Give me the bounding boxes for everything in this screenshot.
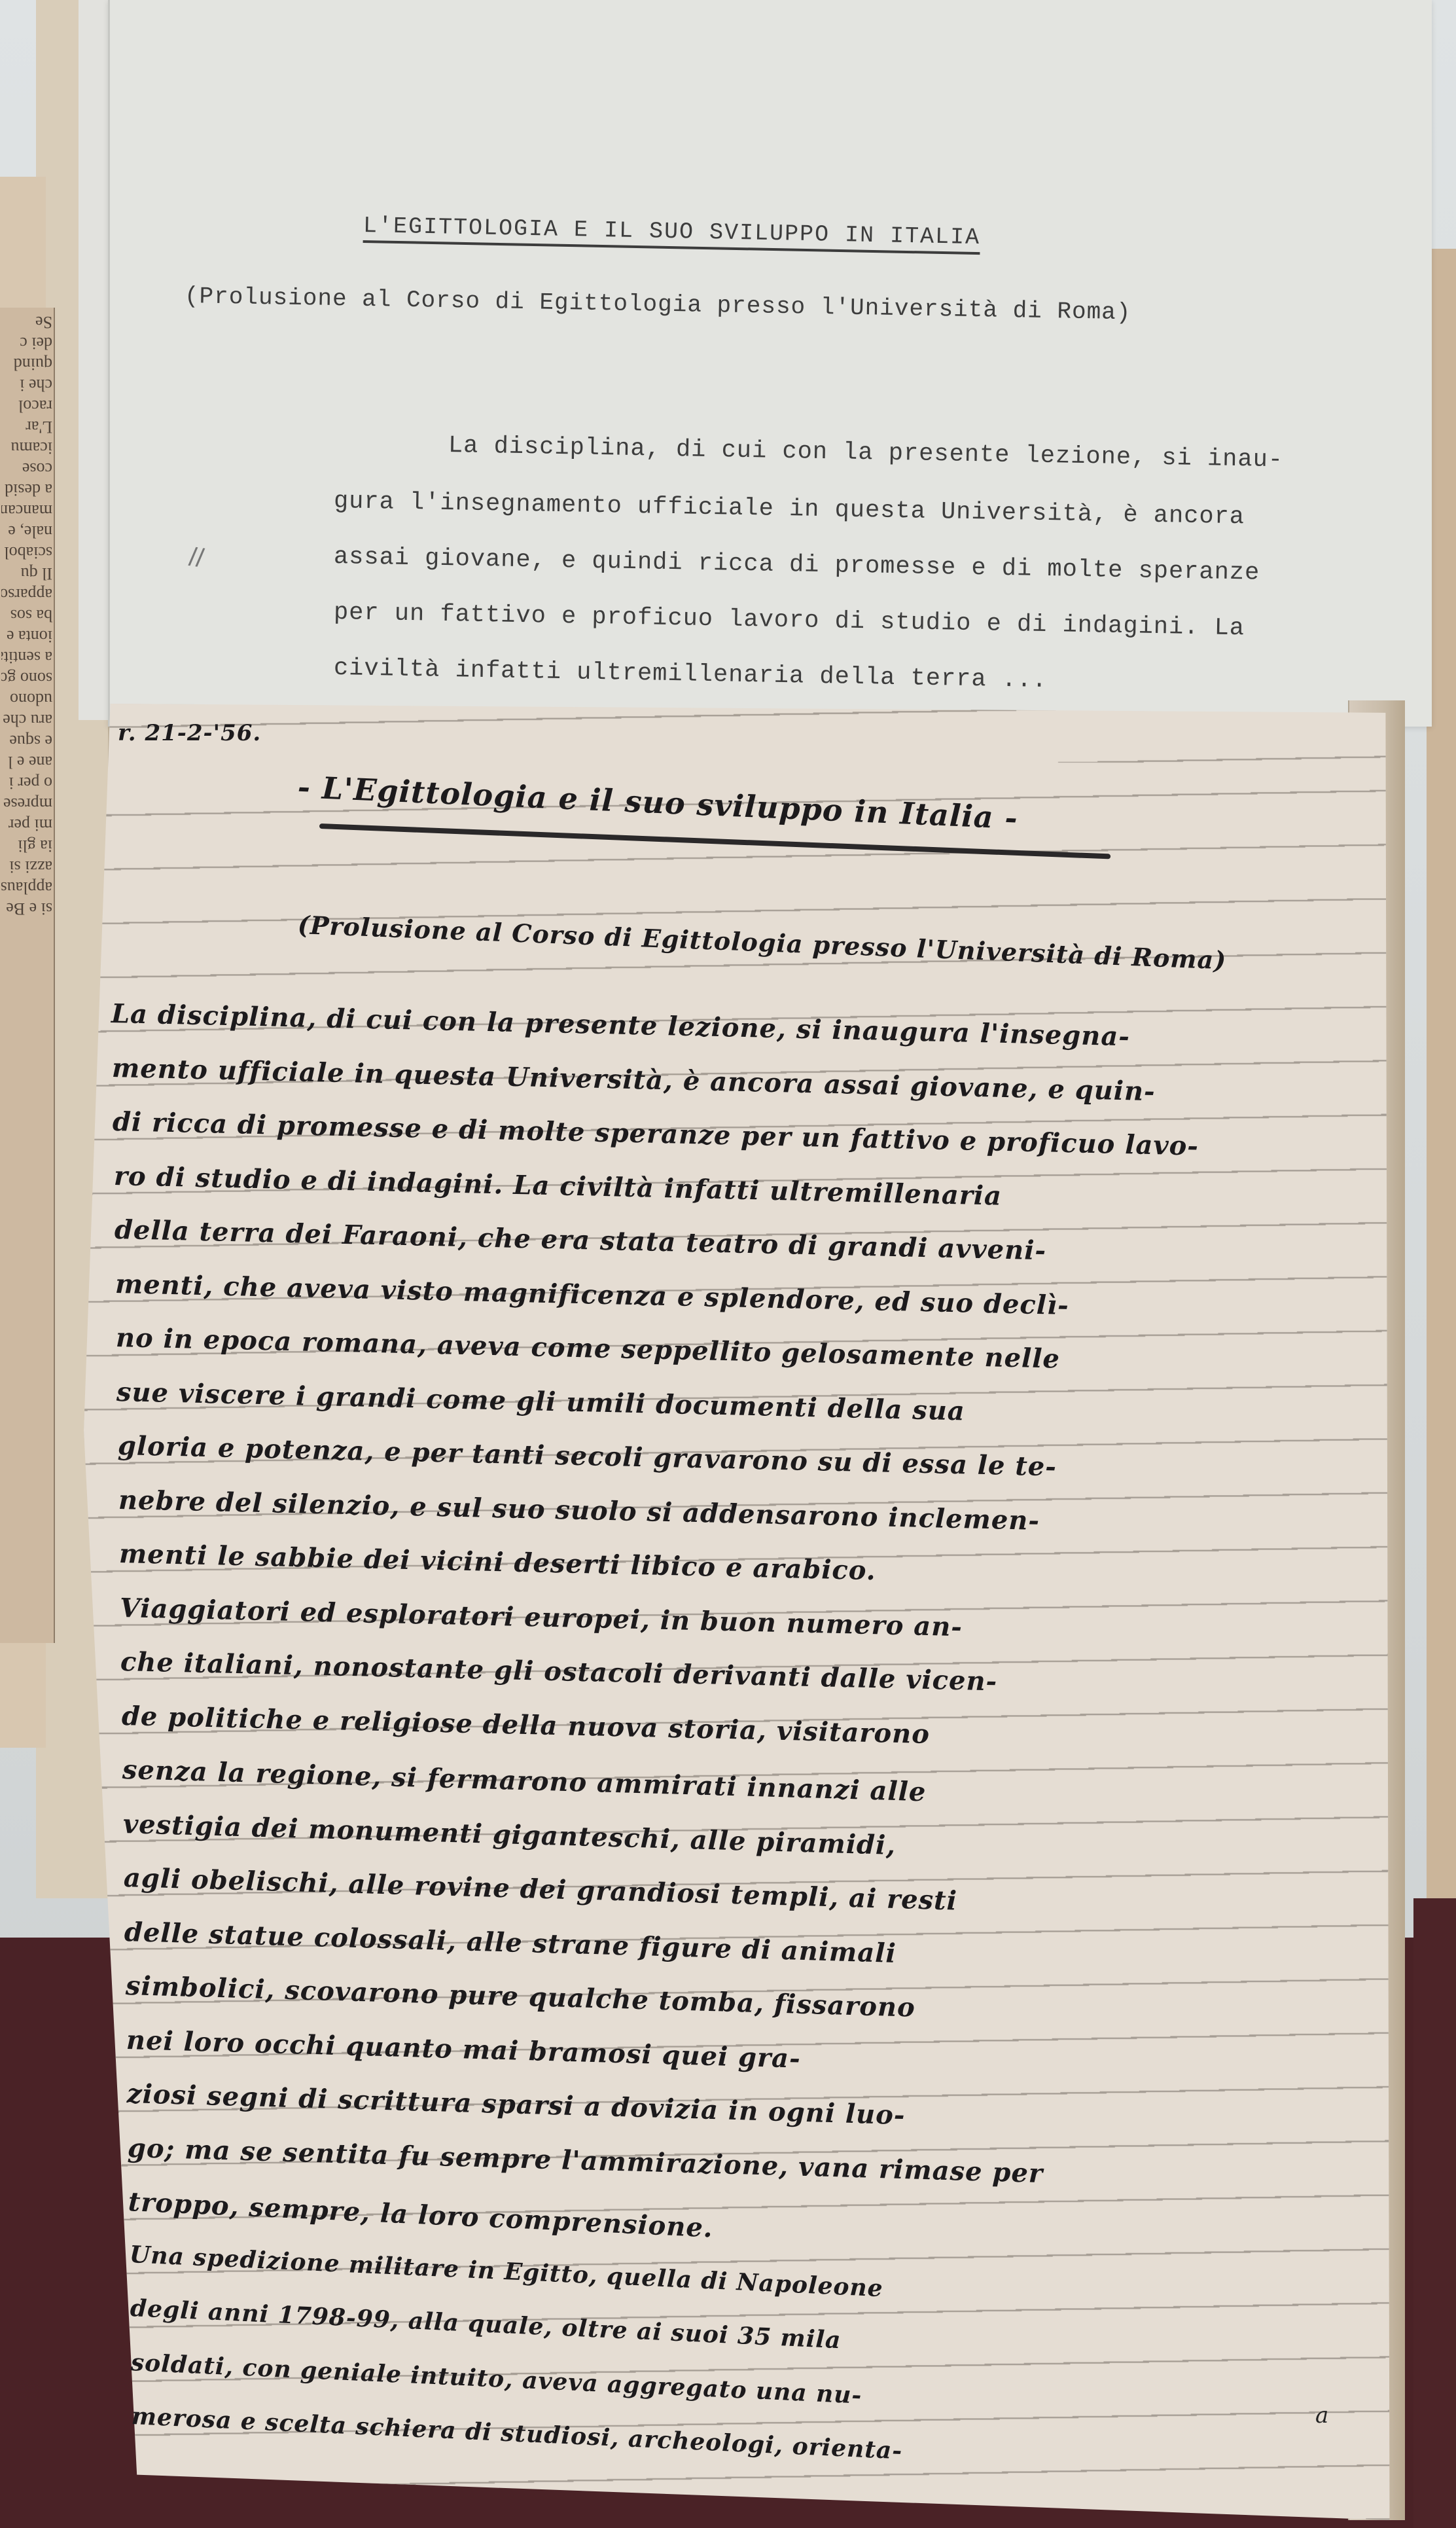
newspaper-clipping: si e Beapplausazzi siia glimi permpreseo… [0, 308, 55, 1643]
clipping-fragment: mi per [1, 814, 52, 835]
clipping-fragment: cose [1, 458, 52, 479]
clipping-text: si e Beapplausazzi siia glimi permpreseo… [0, 308, 54, 923]
clipping-fragment: applaus [1, 877, 52, 898]
clipping-fragment: a desid [1, 479, 52, 500]
clipping-fragment: aru che [1, 710, 52, 731]
clipping-fragment: apparso [1, 584, 52, 605]
table-surface-right [1413, 1898, 1456, 2528]
clipping-fragment: ionta e [1, 626, 52, 647]
clipping-fragment: mprese [1, 793, 52, 814]
clipping-fragment: udono [1, 689, 52, 710]
clipping-fragment: si e Be [1, 898, 52, 919]
page-end-mark: a [1315, 2402, 1328, 2429]
clipping-fragment: L'ar [1, 416, 52, 437]
clipping-fragment: ane e l [1, 751, 52, 772]
handwritten-date: r. 21-2-'56. [118, 720, 261, 746]
clipping-fragment: sono go [1, 668, 52, 689]
clipping-fragment: dei c [1, 333, 52, 353]
clipping-fragment: azzi si [1, 856, 52, 877]
clipping-fragment: icamu [1, 437, 52, 458]
clipping-fragment: che i [1, 374, 52, 395]
clipping-fragment: ia gli [1, 835, 52, 856]
clipping-fragment: Il qu [1, 563, 52, 584]
clipping-fragment: e sque [1, 731, 52, 751]
clipping-fragment: nale, e [1, 521, 52, 542]
clipping-fragment: sciabol [1, 542, 52, 563]
clipping-fragment: a sentita [1, 647, 52, 668]
clipping-fragment: quind [1, 353, 52, 374]
clipping-fragment: o per i [1, 772, 52, 793]
clipping-fragment: Se [1, 312, 52, 333]
clipping-fragment: racol [1, 395, 52, 416]
clipping-fragment: ba sos [1, 605, 52, 626]
clipping-fragment: mancan [1, 500, 52, 521]
